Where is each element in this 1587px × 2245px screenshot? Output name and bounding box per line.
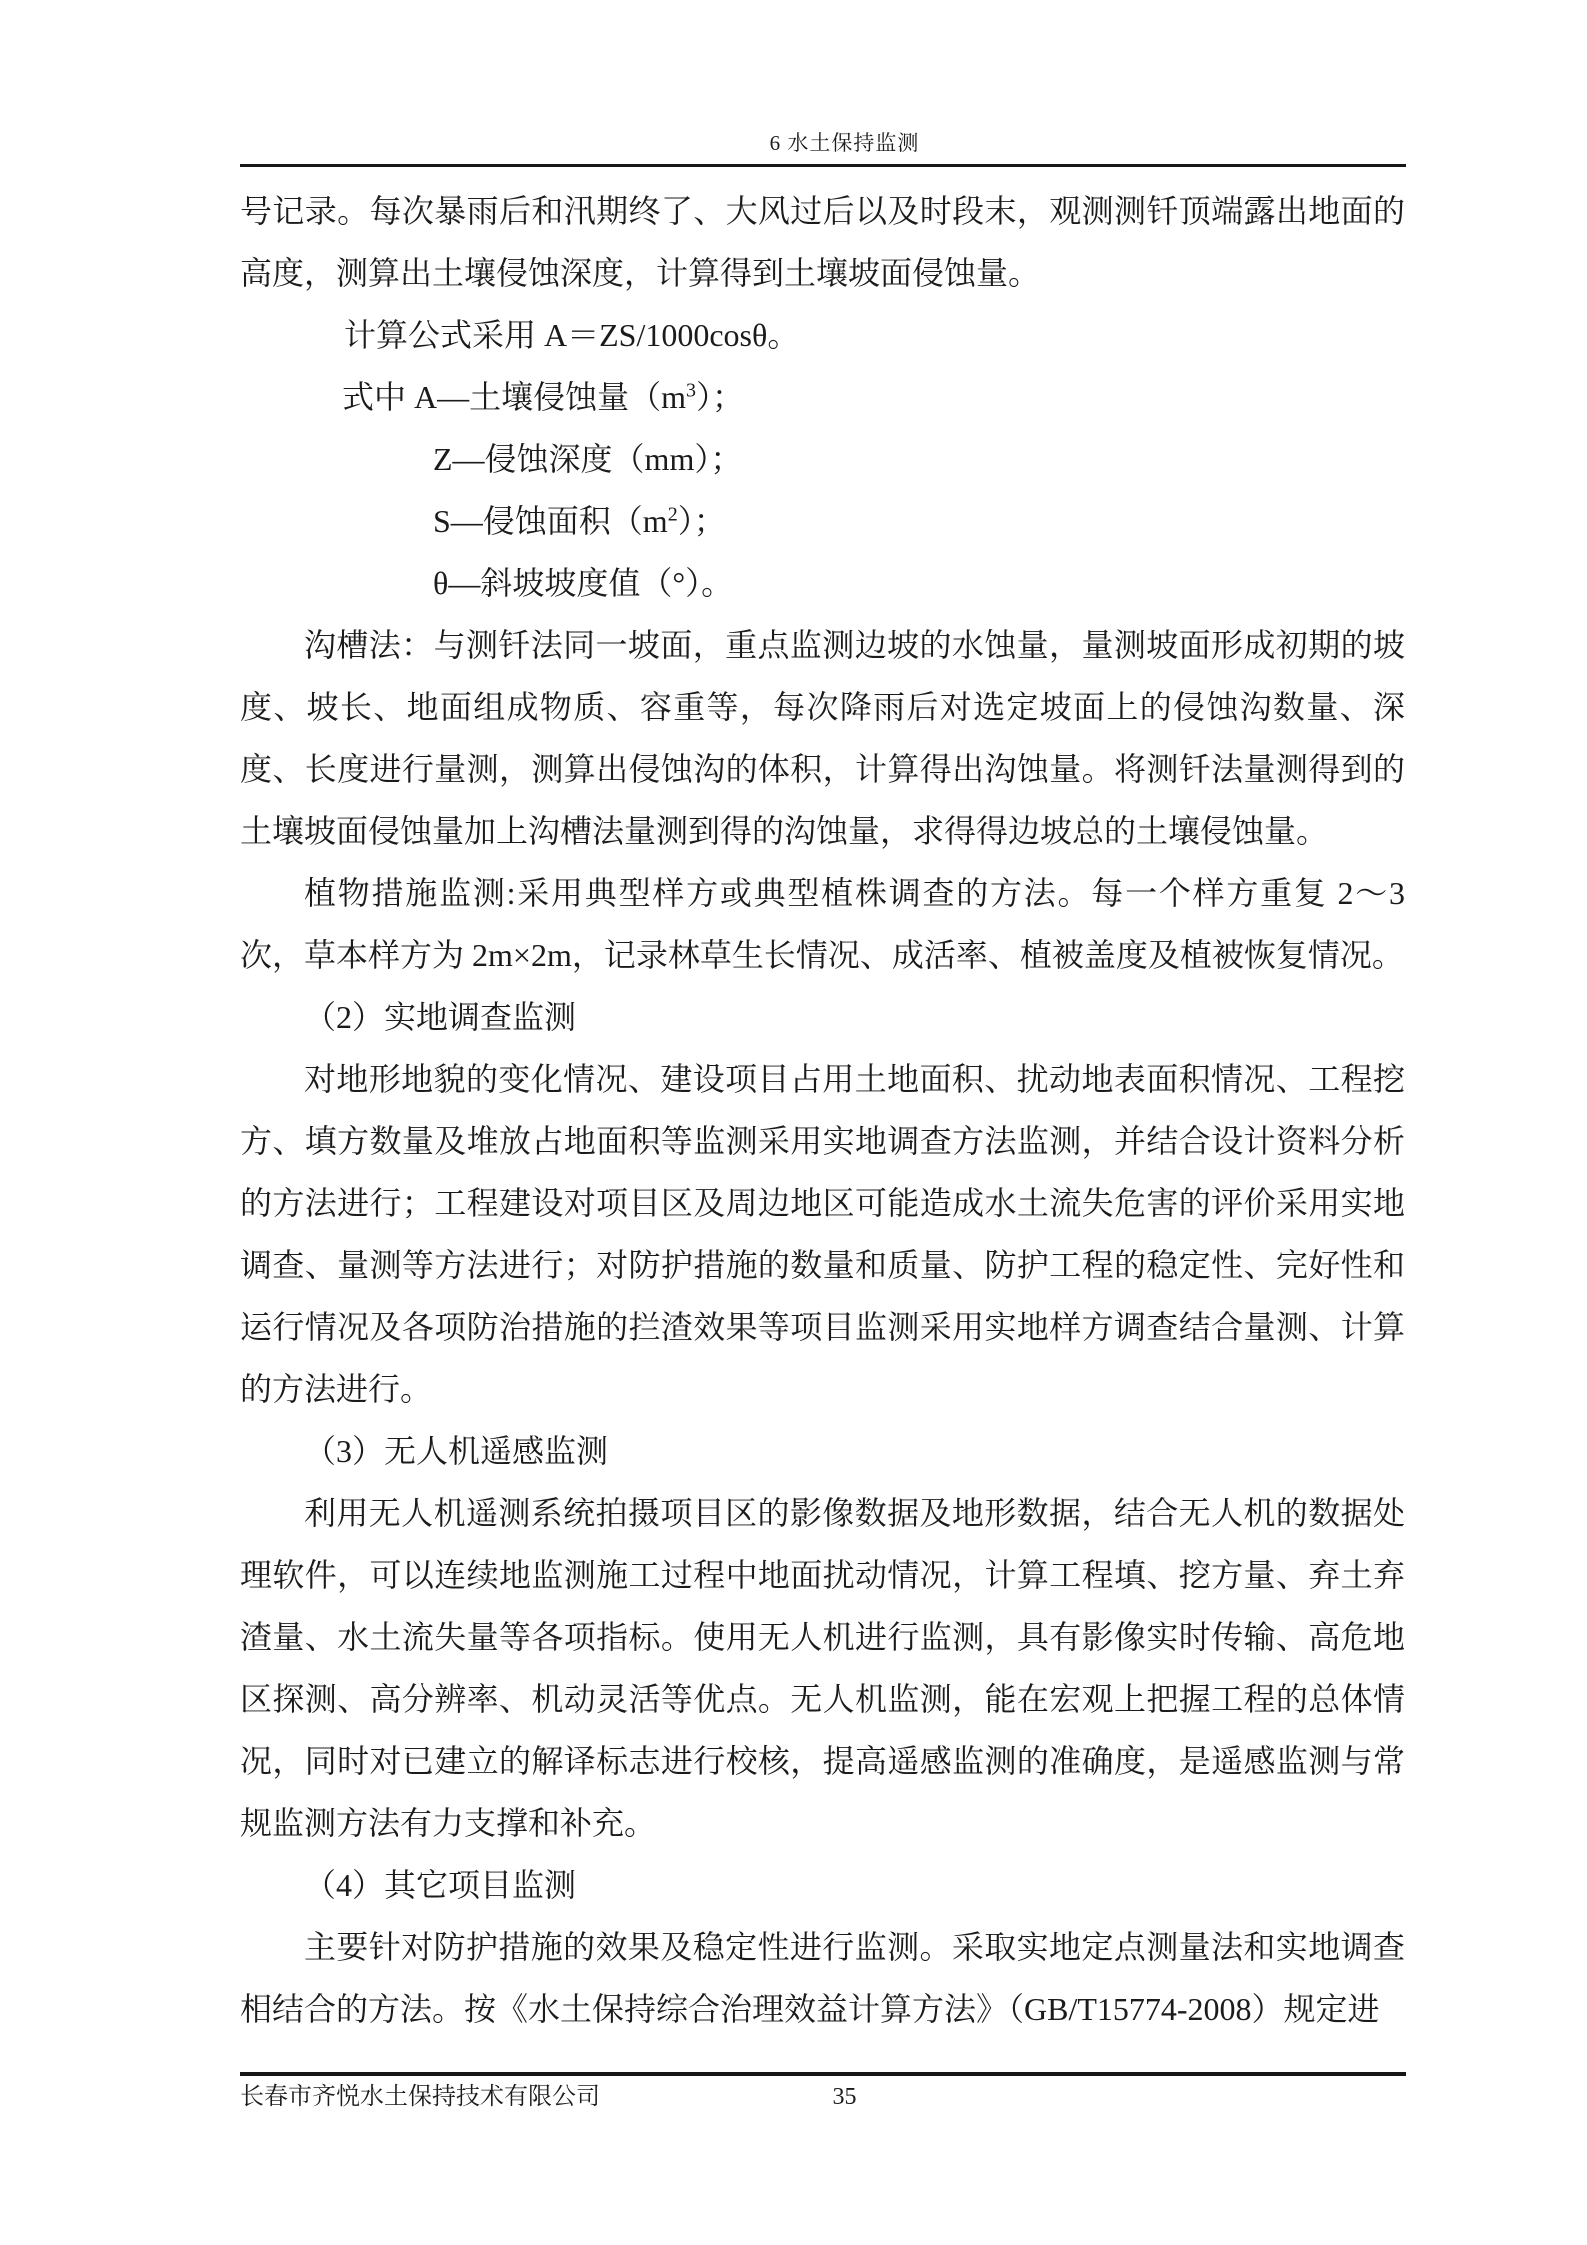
formula-definition-z: Z—侵蚀深度（mm）； — [240, 428, 1405, 490]
document-page: 6 水土保持监测 号记录。每次暴雨后和汛期终了、大风过后以及时段末，观测测钎顶端… — [0, 0, 1587, 2245]
formula-definition-a: 式中 A—土壤侵蚀量（m3）； — [240, 366, 1405, 428]
superscript: 3 — [686, 379, 696, 401]
definition-text: S—侵蚀面积（m — [433, 503, 668, 539]
footer-rule — [240, 2072, 1406, 2076]
formula-definition-theta: θ—斜坡坡度值（°）。 — [240, 552, 1405, 614]
section-heading-2: （2）实地调查监测 — [240, 986, 1405, 1048]
body-paragraph-other-monitoring: 主要针对防护措施的效果及稳定性进行监测。采取实地定点测量法和实地调查相结合的方法… — [240, 1916, 1405, 2040]
body-paragraph-field-survey: 对地形地貌的变化情况、建设项目占用土地面积、扰动地表面积情况、工程挖方、填方数量… — [240, 1048, 1405, 1420]
body-paragraph-continuation: 号记录。每次暴雨后和汛期终了、大风过后以及时段末，观测测钎顶端露出地面的高度，测… — [240, 180, 1405, 304]
formula-line: 计算公式采用 A＝ZS/1000cosθ。 — [240, 304, 1405, 366]
definition-text: ）； — [678, 503, 726, 539]
superscript: 2 — [668, 503, 678, 525]
definition-text: ）； — [696, 379, 744, 415]
header-rule — [240, 164, 1406, 167]
section-heading-3: （3）无人机遥感监测 — [240, 1420, 1405, 1482]
body-paragraph-plant-measures: 植物措施监测:采用典型样方或典型植株调查的方法。每一个样方重复 2～3 次，草本… — [240, 862, 1405, 986]
formula-definition-s: S—侵蚀面积（m2）； — [240, 490, 1405, 552]
section-heading-4: （4）其它项目监测 — [240, 1854, 1405, 1916]
document-body: 号记录。每次暴雨后和汛期终了、大风过后以及时段末，观测测钎顶端露出地面的高度，测… — [240, 180, 1405, 2040]
definition-text: 式中 A—土壤侵蚀量（m — [342, 379, 686, 415]
body-paragraph-trench-method: 沟槽法：与测钎法同一坡面，重点监测边坡的水蚀量，量测坡面形成初期的坡度、坡长、地… — [240, 614, 1405, 862]
body-paragraph-uav-monitoring: 利用无人机遥测系统拍摄项目区的影像数据及地形数据，结合无人机的数据处理软件，可以… — [240, 1482, 1405, 1854]
page-number: 35 — [262, 2082, 1427, 2112]
page-header-title: 6 水土保持监测 — [262, 130, 1427, 156]
